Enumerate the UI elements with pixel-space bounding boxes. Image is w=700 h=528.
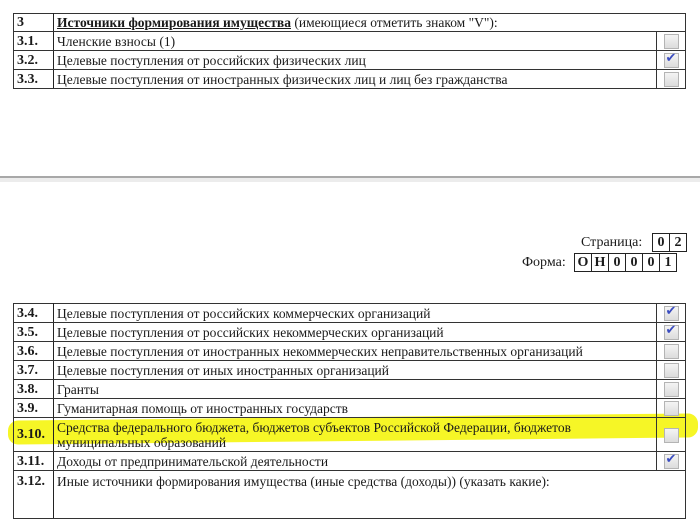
form-char: Н: [592, 254, 609, 271]
form-char: О: [575, 254, 592, 271]
checkbox-3-5[interactable]: [664, 325, 679, 340]
form-char: 0: [643, 254, 660, 271]
checkbox-3-2[interactable]: [664, 53, 679, 68]
section-number: 3: [14, 14, 54, 32]
table-row: 3.8. Гранты: [14, 380, 686, 399]
table-row: 3.3. Целевые поступления от иностранных …: [14, 70, 686, 89]
page-number-boxes: 0 2: [652, 233, 687, 252]
table-row: 3.6. Целевые поступления от иностранных …: [14, 342, 686, 361]
row-label: Средства федерального бюджета, бюджетов …: [54, 418, 657, 452]
page-digit: 0: [653, 234, 670, 251]
table-row: 3.4. Целевые поступления от российских к…: [14, 304, 686, 323]
row-number: 3.11.: [14, 452, 54, 471]
row-number: 3.6.: [14, 342, 54, 361]
row-label: Членские взносы (1): [54, 32, 657, 51]
table-row: 3.7. Целевые поступления от иных иностра…: [14, 361, 686, 380]
page-digit: 2: [670, 234, 686, 251]
row-label: Целевые поступления от иностранных физич…: [54, 70, 657, 89]
row-label: Доходы от предпринимательской деятельнос…: [54, 452, 657, 471]
row-number: 3.9.: [14, 399, 54, 418]
row-label: Иные источники формирования имущества (и…: [57, 474, 550, 489]
page-separator-shadow: [0, 178, 700, 182]
row-number: 3.8.: [14, 380, 54, 399]
other-sources-row: 3.12. Иные источники формирования имущес…: [14, 471, 686, 519]
checkbox-3-10[interactable]: [664, 428, 679, 443]
row-number: 3.10.: [14, 418, 54, 452]
checkbox-3-9[interactable]: [664, 401, 679, 416]
form-code-boxes: О Н 0 0 0 1: [574, 253, 677, 272]
sources-table-bottom: 3.4. Целевые поступления от российских к…: [13, 303, 686, 519]
other-sources-field[interactable]: Иные источники формирования имущества (и…: [54, 471, 686, 519]
checkbox-3-8[interactable]: [664, 382, 679, 397]
checkbox-3-6[interactable]: [664, 344, 679, 359]
row-label: Целевые поступления от иностранных неком…: [54, 342, 657, 361]
table-row: 3.1. Членские взносы (1): [14, 32, 686, 51]
table-row-highlighted: 3.10. Средства федерального бюджета, бюд…: [14, 418, 686, 452]
row-label: Целевые поступления от российских физиче…: [54, 51, 657, 70]
row-label: Целевые поступления от российских коммер…: [54, 304, 657, 323]
row-number: 3.2.: [14, 51, 54, 70]
section-title: Источники формирования имущества: [57, 15, 291, 30]
checkbox-3-3[interactable]: [664, 72, 679, 87]
table-row: 3.5. Целевые поступления от российских н…: [14, 323, 686, 342]
table-row: 3.2. Целевые поступления от российских ф…: [14, 51, 686, 70]
section-header-row: 3 Источники формирования имущества (имею…: [14, 14, 686, 32]
form-label: Форма:: [522, 255, 566, 271]
sources-table-top: 3 Источники формирования имущества (имею…: [13, 13, 686, 89]
row-label: Гранты: [54, 380, 657, 399]
table-row: 3.9. Гуманитарная помощь от иностранных …: [14, 399, 686, 418]
row-number: 3.5.: [14, 323, 54, 342]
checkbox-3-4[interactable]: [664, 306, 679, 321]
form-char: 0: [626, 254, 643, 271]
row-label: Целевые поступления от российских некомм…: [54, 323, 657, 342]
row-label: Целевые поступления от иных иностранных …: [54, 361, 657, 380]
row-number: 3.12.: [14, 471, 54, 519]
page-label: Страница:: [581, 235, 642, 251]
table-row: 3.11. Доходы от предпринимательской деят…: [14, 452, 686, 471]
row-number: 3.3.: [14, 70, 54, 89]
checkbox-3-11[interactable]: [664, 454, 679, 469]
section-note: (имеющиеся отметить знаком "V"):: [291, 15, 498, 30]
checkbox-3-1[interactable]: [664, 34, 679, 49]
row-label: Гуманитарная помощь от иностранных госуд…: [54, 399, 657, 418]
form-char: 1: [660, 254, 676, 271]
row-number: 3.4.: [14, 304, 54, 323]
row-number: 3.1.: [14, 32, 54, 51]
row-number: 3.7.: [14, 361, 54, 380]
section-header: Источники формирования имущества (имеющи…: [54, 14, 686, 32]
form-char: 0: [609, 254, 626, 271]
checkbox-3-7[interactable]: [664, 363, 679, 378]
